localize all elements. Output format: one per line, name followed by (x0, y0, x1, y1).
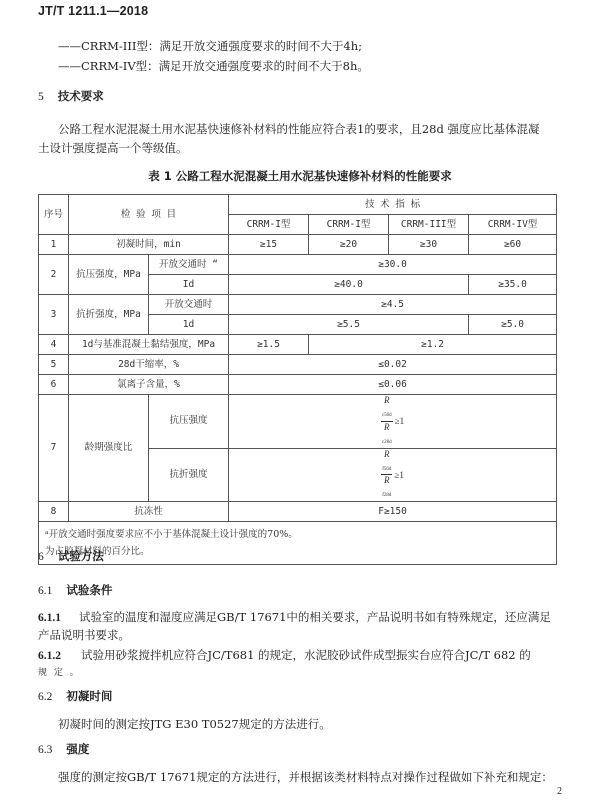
row-seq: 4 (39, 335, 69, 355)
row-subitem: 1d (149, 315, 229, 335)
section-number: 5 (38, 91, 44, 103)
header-type-3: CRRM-III型 (389, 215, 469, 235)
row-value-formula: Rc56d Rc28d ≥1 (229, 395, 557, 449)
row-seq: 1 (39, 235, 69, 255)
section-6-heading: 6试验方法 (38, 548, 104, 564)
ratio-formula-compressive: Rc56d Rc28d ≥1 (381, 395, 404, 448)
row-item: 龄期强度比 (69, 395, 149, 502)
row-value: ≥60 (469, 235, 557, 255)
ratio-formula-flexural: Rf56d Rf28d ≥1 (381, 449, 404, 502)
row-value: ≤0.02 (229, 355, 557, 375)
section-5-heading: 5技术要求 (38, 88, 104, 104)
clause-6-1-2-line2: 规 定 。 (38, 665, 81, 678)
row-value: ≥1.5 (229, 335, 309, 355)
table-row: 1 初凝时间，min ≥15 ≥20 ≥30 ≥60 (39, 235, 557, 255)
row-item: 抗折强度，MPa (69, 295, 149, 335)
table-note: 为占胶凝材料的百分比。 (45, 543, 550, 560)
row-value: ≥30 (389, 235, 469, 255)
table-caption: 表 1 公路工程水泥混凝土用水泥基快速修补材料的性能要求 (0, 168, 600, 184)
clause-6-1-2-line1: 6.1.2试验用砂浆搅拌机应符合JC/T681 的规定，水泥胶砂试件成型振实台应… (38, 647, 531, 663)
header-type-2: CRRM-I型 (309, 215, 389, 235)
section-number: 6.2 (38, 691, 52, 703)
row-seq: 5 (39, 355, 69, 375)
clause-number: 6.1.2 (38, 650, 61, 662)
clause-text: 试验室的温度和湿度应满足GB/T 17671中的相关要求，产品说明书如有特殊规定… (79, 610, 551, 624)
table-row: 5 28d干缩率，% ≤0.02 (39, 355, 557, 375)
table-row: 8 抗冻性 F≥150 (39, 502, 557, 522)
row-value: ≥1.2 (309, 335, 557, 355)
row-item: 氯离子含量，% (69, 375, 229, 395)
clause-6-1-1-line1: 6.1.1试验室的温度和湿度应满足GB/T 17671中的相关要求，产品说明书如… (38, 609, 551, 625)
section-title: 技术要求 (58, 89, 104, 103)
row-value: ≥15 (229, 235, 309, 255)
row-value: ≥30.0 (229, 255, 557, 275)
table-header-row: 序号 检 验 项 目 技 术 指 标 (39, 195, 557, 215)
row-seq: 7 (39, 395, 69, 502)
row-subitem: 抗折强度 (149, 448, 229, 502)
row-value-formula: Rf56d Rf28d ≥1 (229, 448, 557, 502)
section-6-3-heading: 6.3强度 (38, 741, 89, 757)
table-notes: ᵃ开放交通时强度要求应不小于基体混凝土设计强度的70%。 为占胶凝材料的百分比。 (39, 522, 557, 565)
section-title: 强度 (66, 742, 89, 756)
header-type-1: CRRM-I型 (229, 215, 309, 235)
performance-requirements-table: 序号 检 验 项 目 技 术 指 标 CRRM-I型 CRRM-I型 CRRM-… (38, 194, 557, 565)
table-note: ᵃ开放交通时强度要求应不小于基体混凝土设计强度的70%。 (45, 526, 550, 543)
section-number: 6 (38, 551, 44, 563)
list-item-crrm-iii: ——CRRM-III型：满足开放交通强度要求的时间不大于4h; (58, 38, 362, 54)
row-value: ≥4.5 (229, 295, 557, 315)
clause-6-1-1-line2: 产品说明书要求。 (38, 627, 130, 643)
table-row: 2 抗压强度，MPa 开放交通时 “ ≥30.0 (39, 255, 557, 275)
section-title: 初凝时间 (66, 689, 112, 703)
row-item: 抗冻性 (69, 502, 229, 522)
row-subitem: 开放交通时 (149, 295, 229, 315)
clause-text: 试验用砂浆搅拌机应符合JC/T681 的规定，水泥胶砂试件成型振实台应符合JC/… (81, 648, 531, 662)
row-subitem: 开放交通时 “ (149, 255, 229, 275)
list-item-crrm-iv: ——CRRM-IV型：满足开放交通强度要求的时间不大于8h。 (58, 58, 369, 74)
standard-code-header: JT/T 1211.1—2018 (38, 4, 148, 18)
section-number: 6.1 (38, 585, 52, 597)
header-spec-group: 技 术 指 标 (229, 195, 557, 215)
row-seq: 3 (39, 295, 69, 335)
row-item: 1d与基准混凝土黏结强度，MPa (69, 335, 229, 355)
row-value: ≥40.0 (229, 275, 469, 295)
row-value: ≥5.0 (469, 315, 557, 335)
header-seq: 序号 (39, 195, 69, 235)
row-value: F≥150 (229, 502, 557, 522)
section-6-2-heading: 6.2初凝时间 (38, 688, 112, 704)
row-value: ≤0.06 (229, 375, 557, 395)
section-6-3-paragraph: 强度的测定按GB/T 17671规定的方法进行，并根据该类材料特点对操作过程做如… (58, 769, 553, 785)
table-row: 6 氯离子含量，% ≤0.06 (39, 375, 557, 395)
table-row: 3 抗折强度，MPa 开放交通时 ≥4.5 (39, 295, 557, 315)
section-6-1-heading: 6.1试验条件 (38, 582, 112, 598)
row-item: 28d干缩率，% (69, 355, 229, 375)
section-5-paragraph-line2: 土设计强度提高一个等级值。 (38, 140, 188, 156)
table-row: 4 1d与基准混凝土黏结强度，MPa ≥1.5 ≥1.2 (39, 335, 557, 355)
section-number: 6.3 (38, 744, 52, 756)
row-subitem: 抗压强度 (149, 395, 229, 449)
row-value: ≥5.5 (229, 315, 469, 335)
row-seq: 2 (39, 255, 69, 295)
header-item: 检 验 项 目 (69, 195, 229, 235)
header-type-4: CRRM-IV型 (469, 215, 557, 235)
row-subitem: Id (149, 275, 229, 295)
row-item: 抗压强度，MPa (69, 255, 149, 295)
row-item: 初凝时间，min (69, 235, 229, 255)
section-title: 试验条件 (66, 583, 112, 597)
section-title: 试验方法 (58, 549, 104, 563)
clause-number: 6.1.1 (38, 612, 61, 624)
section-6-2-paragraph: 初凝时间的测定按JTG E30 T0527规定的方法进行。 (58, 716, 331, 732)
section-5-paragraph-line1: 公路工程水泥混凝土用水泥基快速修补材料的性能应符合表1的要求，且28d 强度应比… (58, 121, 539, 137)
row-seq: 6 (39, 375, 69, 395)
row-value: ≥20 (309, 235, 389, 255)
table-notes-row: ᵃ开放交通时强度要求应不小于基体混凝土设计强度的70%。 为占胶凝材料的百分比。 (39, 522, 557, 565)
row-value: ≥35.0 (469, 275, 557, 295)
table-row: 7 龄期强度比 抗压强度 Rc56d Rc28d ≥1 (39, 395, 557, 449)
page-number: 2 (557, 786, 562, 797)
row-seq: 8 (39, 502, 69, 522)
